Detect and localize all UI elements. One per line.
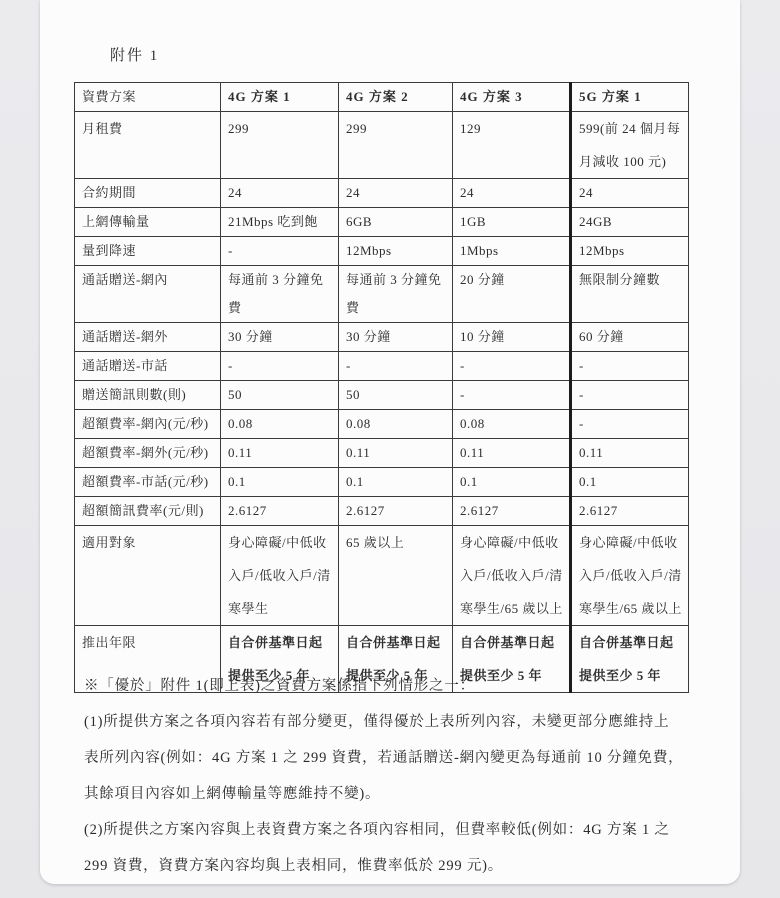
table-cell: 0.1 (339, 468, 453, 497)
table-cell: 50 (221, 381, 339, 410)
table-cell: 身心障礙/中低收入戶/低收入戶/清寒學生/65 歲以上 (571, 526, 689, 626)
row-label: 合約期間 (75, 179, 221, 208)
column-header-4g-plan-1: 4G 方案 1 (221, 83, 339, 112)
table-row-free-calls-onnet: 通話贈送-網內 每通前 3 分鐘免費 每通前 3 分鐘免費 20 分鐘 無限制分… (75, 266, 689, 323)
table-row-overage-sms-rate: 超額簡訊費率(元/則) 2.6127 2.6127 2.6127 2.6127 (75, 497, 689, 526)
row-label: 量到降速 (75, 237, 221, 266)
table-cell: 60 分鐘 (571, 323, 689, 352)
table-cell: - (453, 352, 571, 381)
row-label: 贈送簡訊則數(則) (75, 381, 221, 410)
table-row-free-sms: 贈送簡訊則數(則) 50 50 - - (75, 381, 689, 410)
table-cell: 6GB (339, 208, 453, 237)
table-cell: 0.11 (339, 439, 453, 468)
table-cell: 21Mbps 吃到飽 (221, 208, 339, 237)
table-cell: 10 分鐘 (453, 323, 571, 352)
table-cell: 2.6127 (339, 497, 453, 526)
table-cell: - (571, 352, 689, 381)
row-label: 超額簡訊費率(元/則) (75, 497, 221, 526)
document-page: 附件 1 資費方案 4G 方案 1 4G 方案 2 4G 方案 3 5G 方案 … (40, 0, 740, 884)
table-row-overage-rate-onnet: 超額費率-網內(元/秒) 0.08 0.08 0.08 - (75, 410, 689, 439)
row-label: 適用對象 (75, 526, 221, 626)
table-cell: 24GB (571, 208, 689, 237)
table-cell: 0.11 (571, 439, 689, 468)
footnote-line: (2)所提供之方案內容與上表資費方案之各項內容相同，但費率較低(例如：4G 方案… (84, 812, 724, 848)
table-cell: - (453, 381, 571, 410)
table-cell: 0.08 (339, 410, 453, 439)
rate-plan-table: 資費方案 4G 方案 1 4G 方案 2 4G 方案 3 5G 方案 1 月租費… (74, 82, 689, 693)
table-row-overage-rate-offnet: 超額費率-網外(元/秒) 0.11 0.11 0.11 0.11 (75, 439, 689, 468)
table-cell: 1GB (453, 208, 571, 237)
table-cell: 30 分鐘 (339, 323, 453, 352)
table-row-eligible-users: 適用對象 身心障礙/中低收入戶/低收入戶/清寒學生 65 歲以上 身心障礙/中低… (75, 526, 689, 626)
table-cell: 129 (453, 112, 571, 179)
column-header-5g-plan-1: 5G 方案 1 (571, 83, 689, 112)
table-cell: 50 (339, 381, 453, 410)
table-row-free-calls-offnet: 通話贈送-網外 30 分鐘 30 分鐘 10 分鐘 60 分鐘 (75, 323, 689, 352)
table-cell: 2.6127 (571, 497, 689, 526)
table-cell: 0.08 (453, 410, 571, 439)
column-header-4g-plan-3: 4G 方案 3 (453, 83, 571, 112)
table-cell: 0.11 (453, 439, 571, 468)
table-cell: 12Mbps (571, 237, 689, 266)
table-row-data-volume: 上網傳輸量 21Mbps 吃到飽 6GB 1GB 24GB (75, 208, 689, 237)
table-cell: 599(前 24 個月每月減收 100 元) (571, 112, 689, 179)
table-cell: 30 分鐘 (221, 323, 339, 352)
table-cell: 0.1 (453, 468, 571, 497)
footnote-line: 表所列內容(例如：4G 方案 1 之 299 資費，若通話贈送-網內變更為每通前… (84, 740, 724, 776)
table-cell: 0.1 (571, 468, 689, 497)
column-header-4g-plan-2: 4G 方案 2 (339, 83, 453, 112)
row-label: 通話贈送-網外 (75, 323, 221, 352)
row-label: 月租費 (75, 112, 221, 179)
column-header-plan: 資費方案 (75, 83, 221, 112)
table-cell: 24 (453, 179, 571, 208)
table-cell: 299 (339, 112, 453, 179)
table-cell: 身心障礙/中低收入戶/低收入戶/清寒學生/65 歲以上 (453, 526, 571, 626)
table-cell: 12Mbps (339, 237, 453, 266)
row-label: 超額費率-網內(元/秒) (75, 410, 221, 439)
table-cell: - (221, 237, 339, 266)
footnote-line: (1)所提供方案之各項內容若有部分變更，僅得優於上表所列內容，未變更部分應維持上 (84, 704, 724, 740)
table-cell: 每通前 3 分鐘免費 (339, 266, 453, 323)
table-cell: - (339, 352, 453, 381)
table-cell: 無限制分鐘數 (571, 266, 689, 323)
table-cell: 20 分鐘 (453, 266, 571, 323)
table-cell: 0.1 (221, 468, 339, 497)
table-cell: 1Mbps (453, 237, 571, 266)
table-row-contract-period: 合約期間 24 24 24 24 (75, 179, 689, 208)
row-label: 通話贈送-市話 (75, 352, 221, 381)
footnote-title: ※「優於」附件 1(即上表)之資費方案係指下列情形之一： (84, 668, 724, 704)
table-cell: 0.08 (221, 410, 339, 439)
row-label: 通話贈送-網內 (75, 266, 221, 323)
table-row-free-calls-landline: 通話贈送-市話 - - - - (75, 352, 689, 381)
footnote-line: 其餘項目內容如上網傳輸量等應維持不變)。 (84, 776, 724, 812)
footnote-line: 299 資費，資費方案內容均與上表相同，惟費率低於 299 元)。 (84, 848, 724, 884)
table-cell: 65 歲以上 (339, 526, 453, 626)
table-cell: - (571, 410, 689, 439)
table-cell: 身心障礙/中低收入戶/低收入戶/清寒學生 (221, 526, 339, 626)
table-header-row: 資費方案 4G 方案 1 4G 方案 2 4G 方案 3 5G 方案 1 (75, 83, 689, 112)
row-label: 超額費率-網外(元/秒) (75, 439, 221, 468)
table-cell: 24 (339, 179, 453, 208)
table-cell: - (221, 352, 339, 381)
table-cell: 0.11 (221, 439, 339, 468)
row-label: 上網傳輸量 (75, 208, 221, 237)
table-cell: 2.6127 (453, 497, 571, 526)
table-cell: 24 (221, 179, 339, 208)
table-row-throttled-speed: 量到降速 - 12Mbps 1Mbps 12Mbps (75, 237, 689, 266)
table-row-overage-rate-landline: 超額費率-市話(元/秒) 0.1 0.1 0.1 0.1 (75, 468, 689, 497)
table-cell: 2.6127 (221, 497, 339, 526)
table-cell: - (571, 381, 689, 410)
table-cell: 24 (571, 179, 689, 208)
table-cell: 299 (221, 112, 339, 179)
attachment-label: 附件 1 (110, 44, 159, 65)
row-label: 超額費率-市話(元/秒) (75, 468, 221, 497)
footnotes: ※「優於」附件 1(即上表)之資費方案係指下列情形之一： (1)所提供方案之各項… (84, 668, 724, 884)
table-row-monthly-fee: 月租費 299 299 129 599(前 24 個月每月減收 100 元) (75, 112, 689, 179)
table-cell: 每通前 3 分鐘免費 (221, 266, 339, 323)
